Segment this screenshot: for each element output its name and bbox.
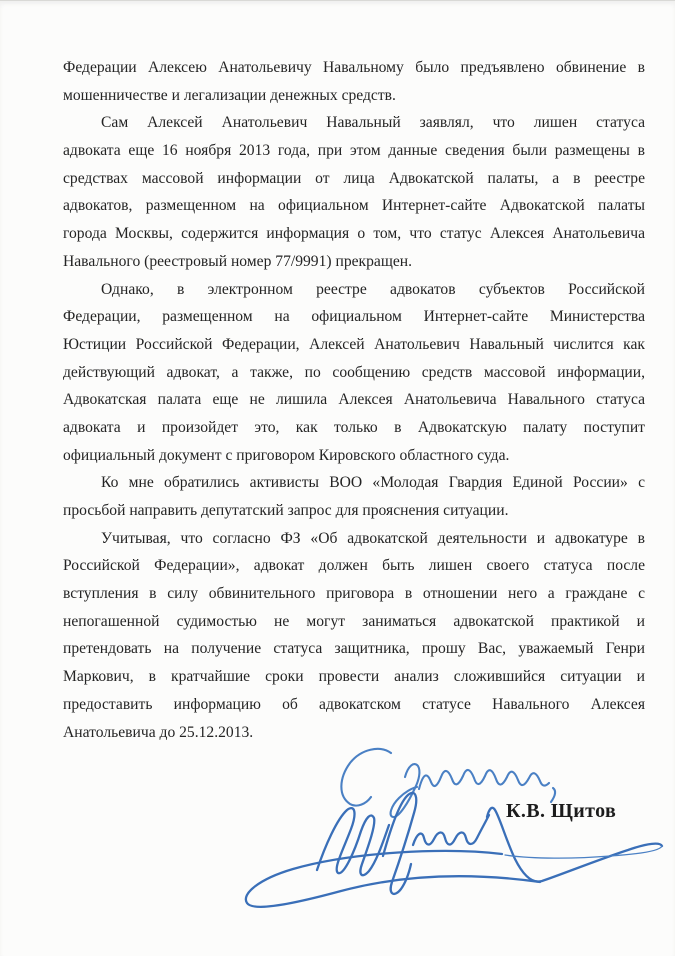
letter-line: Адвокатская палата еще не лишила Алексея… (63, 386, 645, 414)
letter-line: города Москвы, содержится информация о т… (63, 220, 645, 248)
letter-line: мошенничестве и легализации денежных сре… (63, 82, 645, 110)
letter-line: Навального (реестровый номер 77/9991) пр… (63, 248, 645, 276)
letter-line: адвоката и произойдет это, как только в … (63, 414, 645, 442)
letter-line: предоставить информацию об адвокатском с… (63, 691, 645, 719)
letter-line: Ко мне обратились активисты ВОО «Молодая… (63, 469, 645, 497)
letter-line: вступления в силу обвинительного пригово… (63, 580, 645, 608)
letter-line: Маркович, в кратчайшие сроки провести ан… (63, 663, 645, 691)
letter-line: адвокатов, размещенном на официальном Ин… (63, 192, 645, 220)
letter-line: Анатольевича до 25.12.2013. (63, 719, 645, 747)
letter-line: Однако, в электронном реестре адвокатов … (63, 276, 645, 304)
letter-line: средствах массовой информации от лица Ад… (63, 165, 645, 193)
letter-line: непогашенной судимостью не могут занимат… (63, 608, 645, 636)
letter-line: просьбой направить депутатский запрос дл… (63, 497, 645, 525)
letter-line: действующий адвокат, а также, по сообщен… (63, 359, 645, 387)
letter-line: официальный документ с приговором Кировс… (63, 442, 645, 470)
letter-line: Учитывая, что согласно ФЗ «Об адвокатско… (63, 525, 645, 553)
letter-line: Сам Алексей Анатольевич Навальный заявля… (63, 109, 645, 137)
scanned-letter-page: Федерации Алексею Анатольевичу Навальном… (0, 0, 675, 956)
signer-name: К.В. Щитов (506, 798, 616, 824)
letter-line: адвоката еще 16 ноября 2013 года, при эт… (63, 137, 645, 165)
letter-line: Федерации Алексею Анатольевичу Навальном… (63, 54, 645, 82)
letter-line: Юстиции Российской Федерации, Алексей Ан… (63, 331, 645, 359)
letter-body: Федерации Алексею Анатольевичу Навальном… (63, 54, 645, 746)
letter-line: претендовать на получение статуса защитн… (63, 635, 645, 663)
letter-line: Российской Федерации», адвокат должен бы… (63, 552, 645, 580)
letter-line: Федерации, размещенном на официальном Ин… (63, 303, 645, 331)
